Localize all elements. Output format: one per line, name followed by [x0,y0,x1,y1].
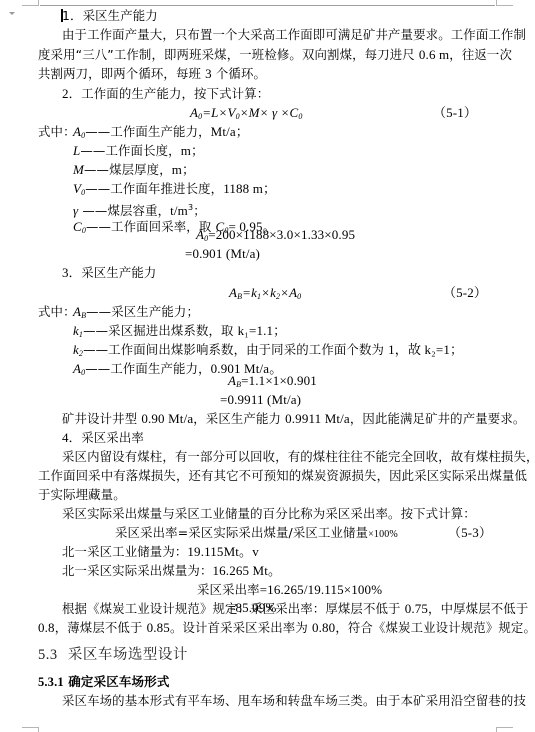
formula-5-3[interactable]: 采区采出率=采区实际采出煤量/采区工业储量×100% [115,525,398,543]
paragraph-line[interactable]: 根据《煤炭工业设计规范》规定：采区采出率：厚煤层不低于 0.75，中厚煤层不低于 [62,601,528,617]
calculation-line[interactable]: A0=200×1188×3.0×1.33×0.95 [196,227,355,247]
crop-mark-bottom-right-v [496,727,497,732]
calculation-line[interactable]: 采区采出率=16.265/19.115×100% [197,582,382,598]
crop-mark-top-left-v [38,0,39,6]
equation-number: （5-3） [448,525,492,541]
definition-line[interactable]: γ ——煤层容重，t/m3； [73,200,206,219]
where-label: 式中： [38,304,76,320]
paragraph-line[interactable]: 度采用“三八”工作制，即两班采煤，一班检修。双向割煤，每刀进尺 0.6 m，往返… [38,47,512,63]
section-heading-2[interactable]: 2．工作面的生产能力，按下式计算： [62,86,269,102]
equation-number: （5-1） [433,105,477,121]
section-heading-4[interactable]: 4．采区采出率 [62,430,144,446]
paragraph-line[interactable]: 于实际埋藏量。 [38,487,126,503]
definition-line[interactable]: A0——工作面生产能力，Mt/a； [73,124,249,144]
paragraph-line[interactable]: 共割两刀，即两个循环，每班 3 个循环。 [38,66,266,82]
crop-mark-bottom-left-v [38,727,39,732]
section-heading-5-3-1[interactable]: 5.3.1 确定采区车场形式 [38,674,169,690]
paragraph-line[interactable]: 采区车场的基本形式有平车场、甩车场和转盘车场三类。由于本矿采用沿空留巷的技 [62,693,526,709]
document-page: 1．采区生产能力 由于工作面产量大，只布置一个大采高工作面即可满足矿井产量要求。… [0,0,535,732]
section-heading-3[interactable]: 3．采区生产能力 [62,265,156,281]
header-rule [40,5,495,6]
crop-mark-top-right-h [497,5,513,6]
mined-line[interactable]: 北一采区实际采出煤量为：16.265 Mt。 [62,563,281,579]
paragraph-line[interactable]: 矿井设计井型 0.90 Mt/a，采区生产能力 0.9911 Mt/a，因此能满… [62,411,525,427]
crop-mark-top-right-v [496,0,497,6]
formula-5-2[interactable]: AB=k1×k2×A0 [229,285,301,305]
paragraph-line[interactable]: 采区实际采出煤量与采区工业储量的百分比称为采区采出率。按下式计算： [62,506,476,522]
calculation-result[interactable]: =0.901 (Mt/a) [185,246,260,262]
equation-number: （5-2） [443,285,487,301]
definition-line[interactable]: L——工作面长度，m； [73,143,204,159]
definition-line[interactable]: k2——工作面间出煤影响系数，由于同采的工作面个数为 1，故 k₂=1； [73,342,463,362]
calculation-result[interactable]: =0.9911 (Mt/a) [220,392,301,408]
crop-mark-bottom-right-h [497,727,513,728]
where-label: 式中： [38,124,76,140]
paragraph-line[interactable]: 0.8，薄煤层不低于 0.85。设计首采采区采出率为 0.80，符合《煤炭工业设… [38,620,535,636]
definition-line[interactable]: AB——采区生产能力； [73,304,199,324]
section-heading-1[interactable]: 1．采区生产能力 [61,8,158,24]
definition-line[interactable]: V0——工作面年推进长度，1188 m； [73,181,276,201]
definition-line[interactable]: M——煤层厚度，m； [73,162,195,178]
paragraph-line[interactable]: 由于工作面产量大，只布置一个大采高工作面即可满足矿井产量要求。工作面工作制 [62,27,526,43]
section-heading-5-3[interactable]: 5.3 采区车场选型设计 [38,647,188,663]
collapse-arrow-icon[interactable] [9,12,15,15]
reserve-line[interactable]: 北一采区工业储量为：19.115Mt。v [62,544,259,560]
paragraph-line[interactable]: 工作面回采中有落煤损失，还有其它不可预知的煤炭资源损失，因此采区实际采出煤量低 [38,468,527,484]
definition-line[interactable]: k1——采区掘进出煤系数，取 k₁=1.1； [73,323,286,343]
formula-5-1[interactable]: A0=L×V0×M× γ ×C0 [190,105,303,125]
crop-mark-bottom-left-h [22,727,38,728]
calculation-line[interactable]: AB=1.1×1×0.901 [228,373,317,393]
paragraph-line[interactable]: 采区内留设有煤柱，有一部分可以回收，有的煤柱往往不能完全回收，故有煤柱损失， [62,449,535,465]
crop-mark-top-left-h [22,5,38,6]
